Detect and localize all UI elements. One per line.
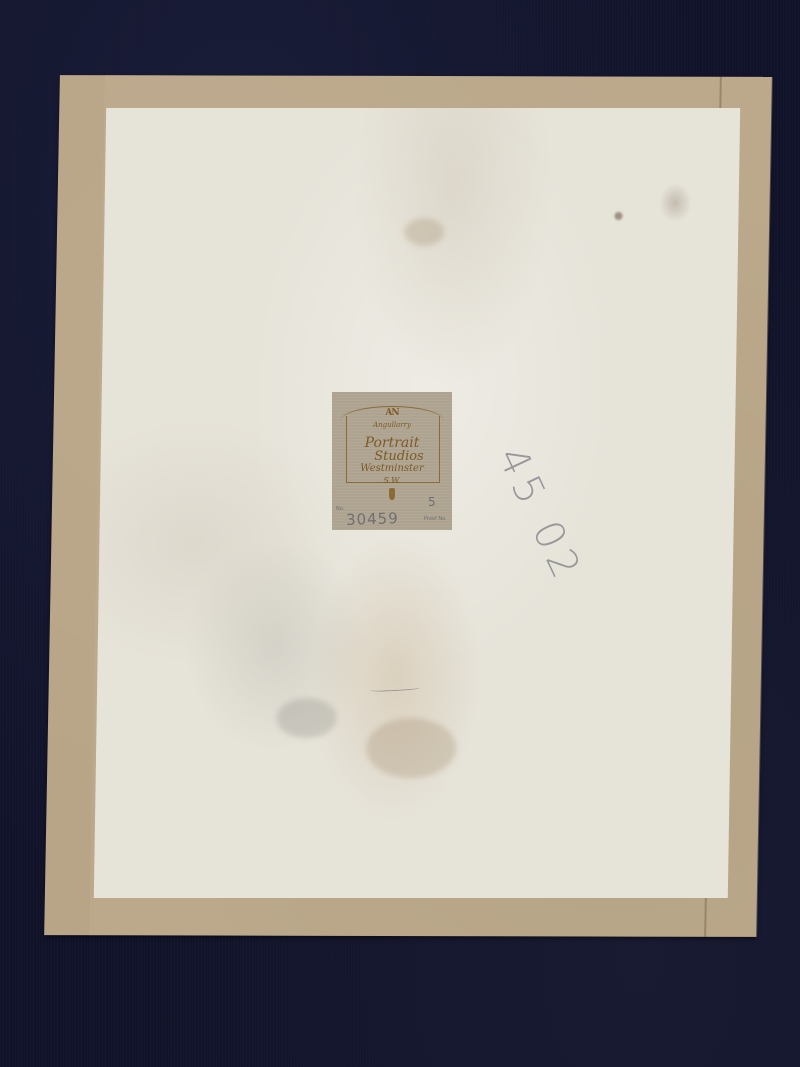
stamp-ornament-icon — [389, 488, 395, 500]
paper-spot — [614, 212, 622, 220]
stamp-studio-line2: Portrait — [332, 436, 452, 450]
stamp-monogram: AN — [332, 408, 452, 418]
negative-number: 30459 — [346, 509, 399, 529]
stamp-studio-line3: Studios — [332, 450, 452, 463]
negative-number-label: No. — [336, 506, 344, 512]
paper-stain — [366, 718, 457, 778]
proof-number: 5 — [428, 495, 436, 509]
paper-stain — [404, 218, 444, 246]
stamp-studio-district: S.W. — [332, 477, 452, 485]
stamp-studio-line1: Angullarry — [332, 422, 452, 429]
stamp-studio-location: Westminster — [332, 464, 452, 474]
proof-number-label: Proof No. — [424, 516, 447, 522]
paper-stain — [276, 698, 337, 738]
studio-stamp: AN Angullarry Portrait Studios Westminst… — [332, 392, 452, 530]
